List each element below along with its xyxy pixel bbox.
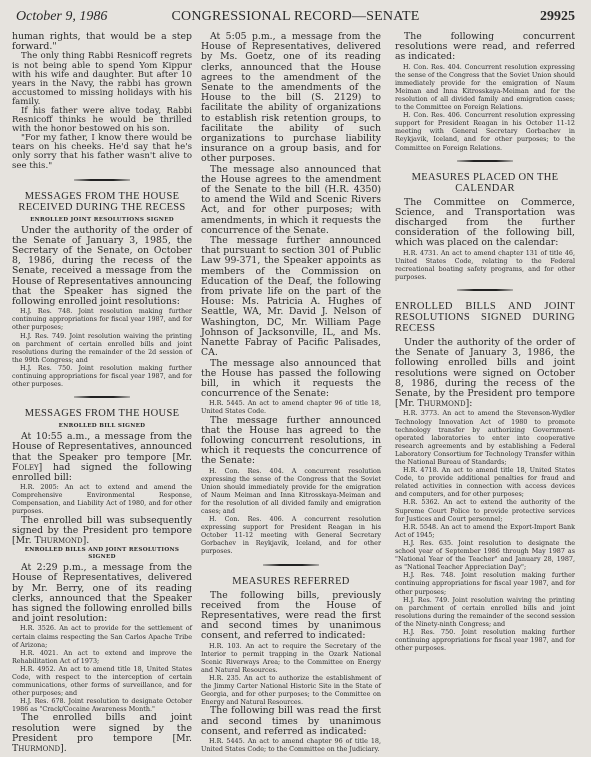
list-item: H.R. 4731. An act to amend chapter 131 o… xyxy=(395,249,575,281)
paragraph: The message further announced that pursu… xyxy=(201,236,381,358)
member-name: Thurmond xyxy=(12,743,60,754)
list-item: H. Con. Res. 406. A concurrent resolutio… xyxy=(201,515,381,555)
list-item: H.R. 3773. An act to amend the Stevenson… xyxy=(395,409,575,466)
section-divider xyxy=(74,396,130,398)
paragraph: Under the authority of the order of the … xyxy=(12,226,192,308)
list-item: H.J. Res. 750. Joint resolution making f… xyxy=(395,628,575,652)
list-item: H.R. 5548. An act to amend the Export-Im… xyxy=(395,523,575,539)
paragraph: At 5:05 p.m., a message from the House o… xyxy=(201,32,381,165)
member-name: Thurmond xyxy=(34,535,82,546)
list-item: H.R. 5362. An act to extend the authorit… xyxy=(395,498,575,522)
section-subheading: ENROLLED JOINT RESOLUTIONS SIGNED xyxy=(12,217,192,224)
header-title: CONGRESSIONAL RECORD—SENATE xyxy=(0,9,591,25)
section-heading: ENROLLED BILLS AND JOINT RESOLUTIONS SIG… xyxy=(395,301,575,334)
list-item: H.R. 5445. An act to amend chapter 96 of… xyxy=(201,737,381,753)
section-subheading: ENROLLED BILL SIGNED xyxy=(12,423,192,430)
section-heading: MEASURES REFERRED xyxy=(201,576,381,587)
paragraph: The enrolled bill was subsequently signe… xyxy=(12,516,192,547)
section-divider xyxy=(457,289,513,291)
list-item: H.J. Res. 678. Joint resolution to desig… xyxy=(12,697,192,713)
list-item: H.R. 4021. An act to extend and improve … xyxy=(12,649,192,665)
section-heading: MESSAGES FROM THE HOUSE xyxy=(12,408,192,419)
list-item: H. Con. Res. 406. Concurrent resolution … xyxy=(395,111,575,151)
paragraph: The following concurrent resolutions wer… xyxy=(395,32,575,63)
list-item: H.R. 5445. An act to amend chapter 96 of… xyxy=(201,399,381,415)
paragraph: At 10:55 a.m., a message from the House … xyxy=(12,432,192,483)
paragraph: Under the authority of the order of the … xyxy=(395,338,575,409)
list-item: H.R. 3526. An act to provide for the set… xyxy=(12,624,192,648)
section-divider xyxy=(74,179,130,181)
list-item: H.J. Res. 749. Joint resolution waiving … xyxy=(395,596,575,628)
list-item: H.R. 2005: An act to extend and amend th… xyxy=(12,483,192,515)
paragraph: The following bill was read the first an… xyxy=(201,706,381,737)
paragraph: The enrolled bills and joint resolution … xyxy=(12,713,192,754)
list-item: H.J. Res. 748. Joint resolution making f… xyxy=(12,307,192,331)
list-item: H.R. 4952. An act to amend title 18, Uni… xyxy=(12,665,192,697)
paragraph: The only thing Rabbi Resnicoff regrets i… xyxy=(12,52,192,107)
list-item: H. Con. Res. 404. Concurrent resolution … xyxy=(395,63,575,112)
list-item: H.R. 235. An act to authorize the establ… xyxy=(201,674,381,706)
paragraph: "For my father, I know there would be te… xyxy=(12,134,192,170)
column-1: human rights, that would be a step forwa… xyxy=(12,32,192,754)
paragraph: If his father were alive today, Rabbi Re… xyxy=(12,107,192,134)
list-item: H.R. 103. An act to require the Secretar… xyxy=(201,642,381,674)
paragraph: At 2:29 p.m., a message from the House o… xyxy=(12,563,192,624)
list-item: H.J. Res. 635. Joint resolution to desig… xyxy=(395,539,575,571)
paragraph: The message also announced that the Hous… xyxy=(201,359,381,400)
member-name: Thurmond xyxy=(417,398,465,409)
section-subheading: ENROLLED BILLS AND JOINT RESOLUTIONS SIG… xyxy=(12,547,192,561)
section-heading: MEASURES PLACED ON THE CALENDAR xyxy=(395,172,575,194)
list-item: H.R. 4718. An act to amend title 18, Uni… xyxy=(395,466,575,498)
list-item: H.J. Res. 750. Joint resolution making f… xyxy=(12,364,192,388)
section-divider xyxy=(457,160,513,162)
column-3: The following concurrent resolutions wer… xyxy=(395,32,575,652)
section-divider xyxy=(263,564,319,566)
paragraph: The message also announced that the Hous… xyxy=(201,165,381,236)
paragraph: The following bills, previously received… xyxy=(201,591,381,642)
list-item: H.J. Res. 748. Joint resolution making f… xyxy=(395,571,575,595)
page-header: October 9, 1986 CONGRESSIONAL RECORD—SEN… xyxy=(0,0,591,30)
column-2: At 5:05 p.m., a message from the House o… xyxy=(201,32,381,753)
paragraph: The Committee on Commerce, Science, and … xyxy=(395,198,575,249)
paragraph: human rights, that would be a step forwa… xyxy=(12,32,192,52)
paragraph: The message further announced that the H… xyxy=(201,416,381,467)
list-item: H.J. Res. 749. Joint resolution waiving … xyxy=(12,332,192,364)
page-number: 29925 xyxy=(540,9,575,25)
section-heading: MESSAGES FROM THE HOUSE RECEIVED DURING … xyxy=(12,191,192,213)
list-item: H. Con. Res. 404. A concurrent resolutio… xyxy=(201,467,381,516)
